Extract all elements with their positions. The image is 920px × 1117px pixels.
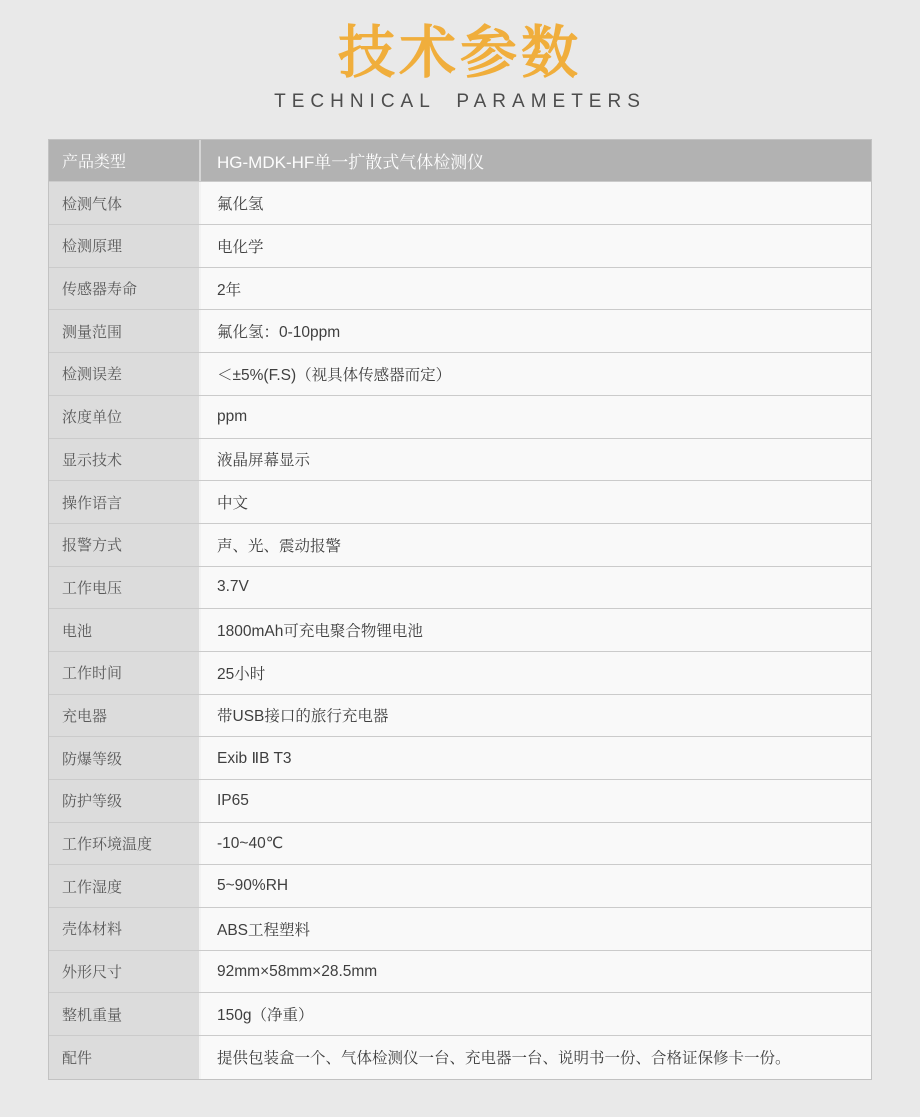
row-label: 工作时间 (49, 652, 201, 694)
row-value: 中文 (201, 481, 871, 523)
row-value: 150g（净重） (201, 993, 871, 1035)
table-row: 工作环境温度 -10~40℃ (49, 823, 871, 866)
table-row: 工作时间 25小时 (49, 652, 871, 695)
row-value: 带USB接口的旅行充电器 (201, 695, 871, 737)
table-row: 防护等级 IP65 (49, 780, 871, 823)
table-row: 显示技术 液晶屏幕显示 (49, 439, 871, 482)
row-label: 工作电压 (49, 567, 201, 609)
row-label: 壳体材料 (49, 908, 201, 950)
row-label: 检测误差 (49, 353, 201, 395)
row-value: ＜±5%(F.S)（视具体传感器而定） (201, 353, 871, 395)
row-label: 报警方式 (49, 524, 201, 566)
table-row: 浓度单位 ppm (49, 396, 871, 439)
row-label: 配件 (49, 1036, 201, 1079)
table-row: 操作语言 中文 (49, 481, 871, 524)
row-label: 测量范围 (49, 310, 201, 352)
row-label: 工作湿度 (49, 865, 201, 907)
row-value: 液晶屏幕显示 (201, 439, 871, 481)
table-header-label: 产品类型 (49, 140, 201, 182)
table-rows-container: 检测气体 氟化氢 检测原理 电化学 传感器寿命 2年 测量范围 氟化氢：0-10… (49, 182, 871, 1078)
table-row: 传感器寿命 2年 (49, 268, 871, 311)
row-value: 电化学 (201, 225, 871, 267)
row-label: 传感器寿命 (49, 268, 201, 310)
row-value: 1800mAh可充电聚合物锂电池 (201, 609, 871, 651)
row-value: 提供包装盒一个、气体检测仪一台、充电器一台、说明书一份、合格证保修卡一份。 (201, 1036, 871, 1079)
row-value: Exib ⅡB T3 (201, 737, 871, 779)
table-row: 工作电压 3.7V (49, 567, 871, 610)
row-label: 电池 (49, 609, 201, 651)
table-row: 报警方式 声、光、震动报警 (49, 524, 871, 567)
page: 技术参数 TECHNICAL PARAMETERS 产品类型 HG-MDK-HF… (0, 0, 920, 1117)
table-row: 防爆等级 Exib ⅡB T3 (49, 737, 871, 780)
row-value: -10~40℃ (201, 823, 871, 865)
table-row: 检测误差 ＜±5%(F.S)（视具体传感器而定） (49, 353, 871, 396)
row-value: ABS工程塑料 (201, 908, 871, 950)
table-row: 充电器 带USB接口的旅行充电器 (49, 695, 871, 738)
row-value: 氟化氢 (201, 182, 871, 224)
table-header-value: HG-MDK-HF单一扩散式气体检测仪 (201, 140, 871, 182)
row-label: 显示技术 (49, 439, 201, 481)
row-label: 防护等级 (49, 780, 201, 822)
row-value: 氟化氢：0-10ppm (201, 310, 871, 352)
row-value: 3.7V (201, 567, 871, 609)
table-row: 检测气体 氟化氢 (49, 182, 871, 225)
table-row: 测量范围 氟化氢：0-10ppm (49, 310, 871, 353)
row-label: 充电器 (49, 695, 201, 737)
row-label: 操作语言 (49, 481, 201, 523)
spec-table: 产品类型 HG-MDK-HF单一扩散式气体检测仪 检测气体 氟化氢 检测原理 电… (48, 139, 872, 1080)
row-value: 声、光、震动报警 (201, 524, 871, 566)
table-row: 壳体材料 ABS工程塑料 (49, 908, 871, 951)
table-row: 整机重量 150g（净重） (49, 993, 871, 1036)
row-label: 检测原理 (49, 225, 201, 267)
title-block: 技术参数 TECHNICAL PARAMETERS (0, 0, 920, 113)
row-value: 25小时 (201, 652, 871, 694)
table-row: 配件 提供包装盒一个、气体检测仪一台、充电器一台、说明书一份、合格证保修卡一份。 (49, 1036, 871, 1079)
table-header-row: 产品类型 HG-MDK-HF单一扩散式气体检测仪 (49, 140, 871, 183)
table-row: 工作湿度 5~90%RH (49, 865, 871, 908)
row-value: IP65 (201, 780, 871, 822)
row-value: ppm (201, 396, 871, 438)
row-label: 整机重量 (49, 993, 201, 1035)
row-value: 2年 (201, 268, 871, 310)
row-label: 浓度单位 (49, 396, 201, 438)
page-subtitle: TECHNICAL PARAMETERS (0, 91, 920, 113)
table-row: 外形尺寸 92mm×58mm×28.5mm (49, 951, 871, 994)
table-row: 电池 1800mAh可充电聚合物锂电池 (49, 609, 871, 652)
row-label: 防爆等级 (49, 737, 201, 779)
row-value: 92mm×58mm×28.5mm (201, 951, 871, 993)
table-row: 检测原理 电化学 (49, 225, 871, 268)
page-title: 技术参数 (0, 22, 920, 85)
row-value: 5~90%RH (201, 865, 871, 907)
row-label: 检测气体 (49, 182, 201, 224)
row-label: 工作环境温度 (49, 823, 201, 865)
row-label: 外形尺寸 (49, 951, 201, 993)
